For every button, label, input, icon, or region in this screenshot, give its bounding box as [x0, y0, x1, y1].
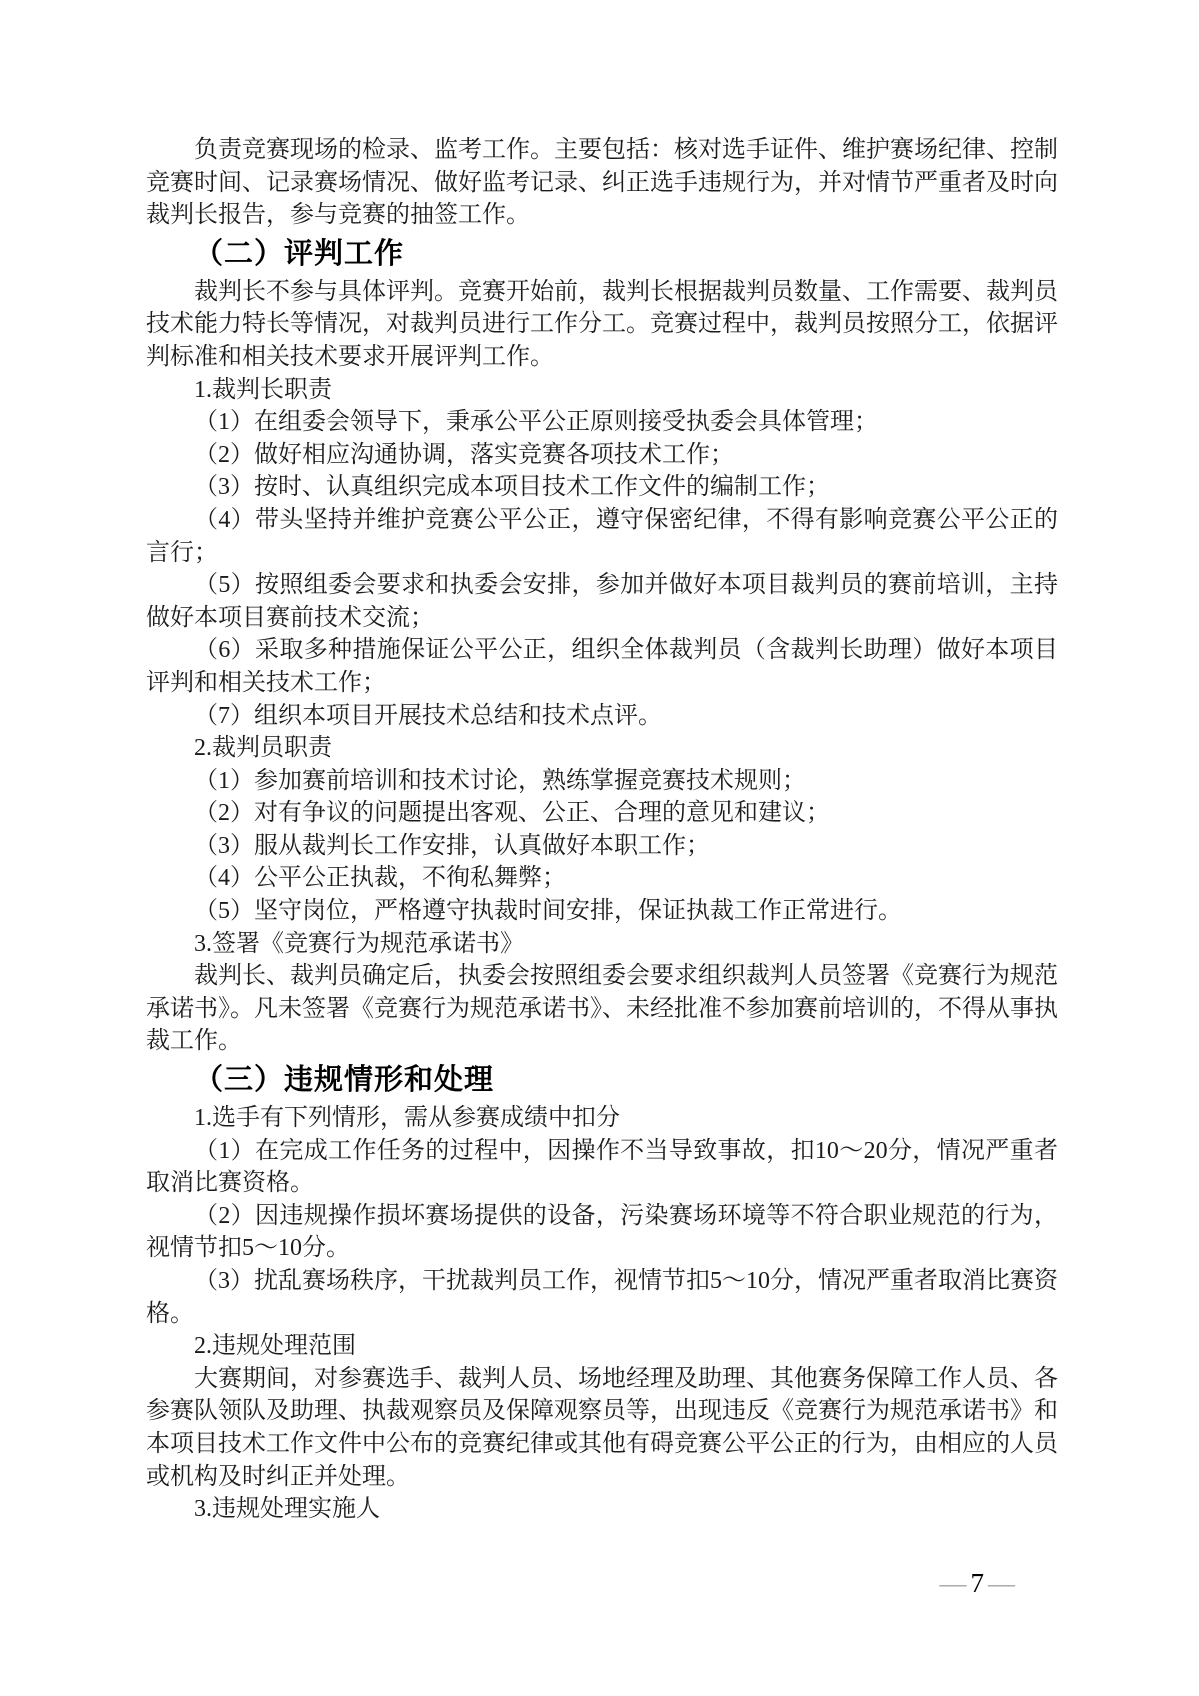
sub-item-chief-2: （2）做好相应沟通协调，落实竞赛各项技术工作； — [146, 439, 1058, 472]
sub-item-chief-7: （7）组织本项目开展技术总结和技术点评。 — [146, 700, 1058, 733]
page-number-right-dash: — — [984, 1568, 1019, 1598]
sub-item-judge-4: （4）公平公正执裁，不徇私舞弊； — [146, 862, 1058, 895]
numbered-item-sign-commitment: 3.签署《竞赛行为规范承诺书》 — [146, 928, 1058, 961]
sub-item-violation-1: （1）在完成工作任务的过程中，因操作不当导致事故，扣10～20分，情况严重者取消… — [146, 1135, 1058, 1200]
paragraph-judging-overview: 裁判长不参与具体评判。竞赛开始前，裁判长根据裁判员数量、工作需要、裁判员技术能力… — [146, 276, 1058, 374]
sub-item-chief-5: （5）按照组委会要求和执委会安排，参加并做好本项目裁判员的赛前培训，主持做好本项… — [146, 569, 1058, 634]
numbered-item-deduction-cases: 1.选手有下列情形，需从参赛成绩中扣分 — [146, 1102, 1058, 1135]
numbered-item-handling-executor: 3.违规处理实施人 — [146, 1493, 1058, 1526]
numbered-item-judge-duties: 2.裁判员职责 — [146, 732, 1058, 765]
page-number-left-dash: — — [936, 1568, 971, 1598]
sub-item-chief-1: （1）在组委会领导下，秉承公平公正原则接受执委会具体管理； — [146, 406, 1058, 439]
sub-item-violation-3: （3）扰乱赛场秩序，干扰裁判员工作，视情节扣5～10分，情况严重者取消比赛资格。 — [146, 1265, 1058, 1330]
section-heading-violations: （三）违规情形和处理 — [146, 1060, 1058, 1100]
sub-item-violation-2: （2）因违规操作损坏赛场提供的设备，污染赛场环境等不符合职业规范的行为，视情节扣… — [146, 1200, 1058, 1265]
document-page: 负责竞赛现场的检录、监考工作。主要包括：核对选手证件、维护赛场纪律、控制竞赛时间… — [0, 0, 1199, 1696]
page-number: —7— — [936, 1566, 1020, 1600]
paragraph-supervision-duties: 负责竞赛现场的检录、监考工作。主要包括：核对选手证件、维护赛场纪律、控制竞赛时间… — [146, 134, 1058, 232]
section-heading-judging-work: （二）评判工作 — [146, 234, 1058, 274]
numbered-item-chief-judge-duties: 1.裁判长职责 — [146, 374, 1058, 407]
document-content: 负责竞赛现场的检录、监考工作。主要包括：核对选手证件、维护赛场纪律、控制竞赛时间… — [146, 134, 1058, 1526]
paragraph-handling-scope-detail: 大赛期间，对参赛选手、裁判人员、场地经理及助理、其他赛务保障工作人员、各参赛队领… — [146, 1363, 1058, 1493]
sub-item-chief-4: （4）带头坚持并维护竞赛公平公正，遵守保密纪律，不得有影响竞赛公平公正的言行； — [146, 504, 1058, 569]
sub-item-judge-3: （3）服从裁判长工作安排，认真做好本职工作； — [146, 830, 1058, 863]
sub-item-chief-3: （3）按时、认真组织完成本项目技术工作文件的编制工作； — [146, 471, 1058, 504]
numbered-item-handling-scope: 2.违规处理范围 — [146, 1330, 1058, 1363]
paragraph-commitment-detail: 裁判长、裁判员确定后，执委会按照组委会要求组织裁判人员签署《竞赛行为规范承诺书》… — [146, 960, 1058, 1058]
sub-item-judge-2: （2）对有争议的问题提出客观、公正、合理的意见和建议； — [146, 797, 1058, 830]
sub-item-chief-6: （6）采取多种措施保证公平公正，组织全体裁判员（含裁判长助理）做好本项目评判和相… — [146, 634, 1058, 699]
sub-item-judge-1: （1）参加赛前培训和技术讨论，熟练掌握竞赛技术规则； — [146, 765, 1058, 798]
sub-item-judge-5: （5）坚守岗位，严格遵守执裁时间安排，保证执裁工作正常进行。 — [146, 895, 1058, 928]
page-number-value: 7 — [971, 1568, 985, 1598]
